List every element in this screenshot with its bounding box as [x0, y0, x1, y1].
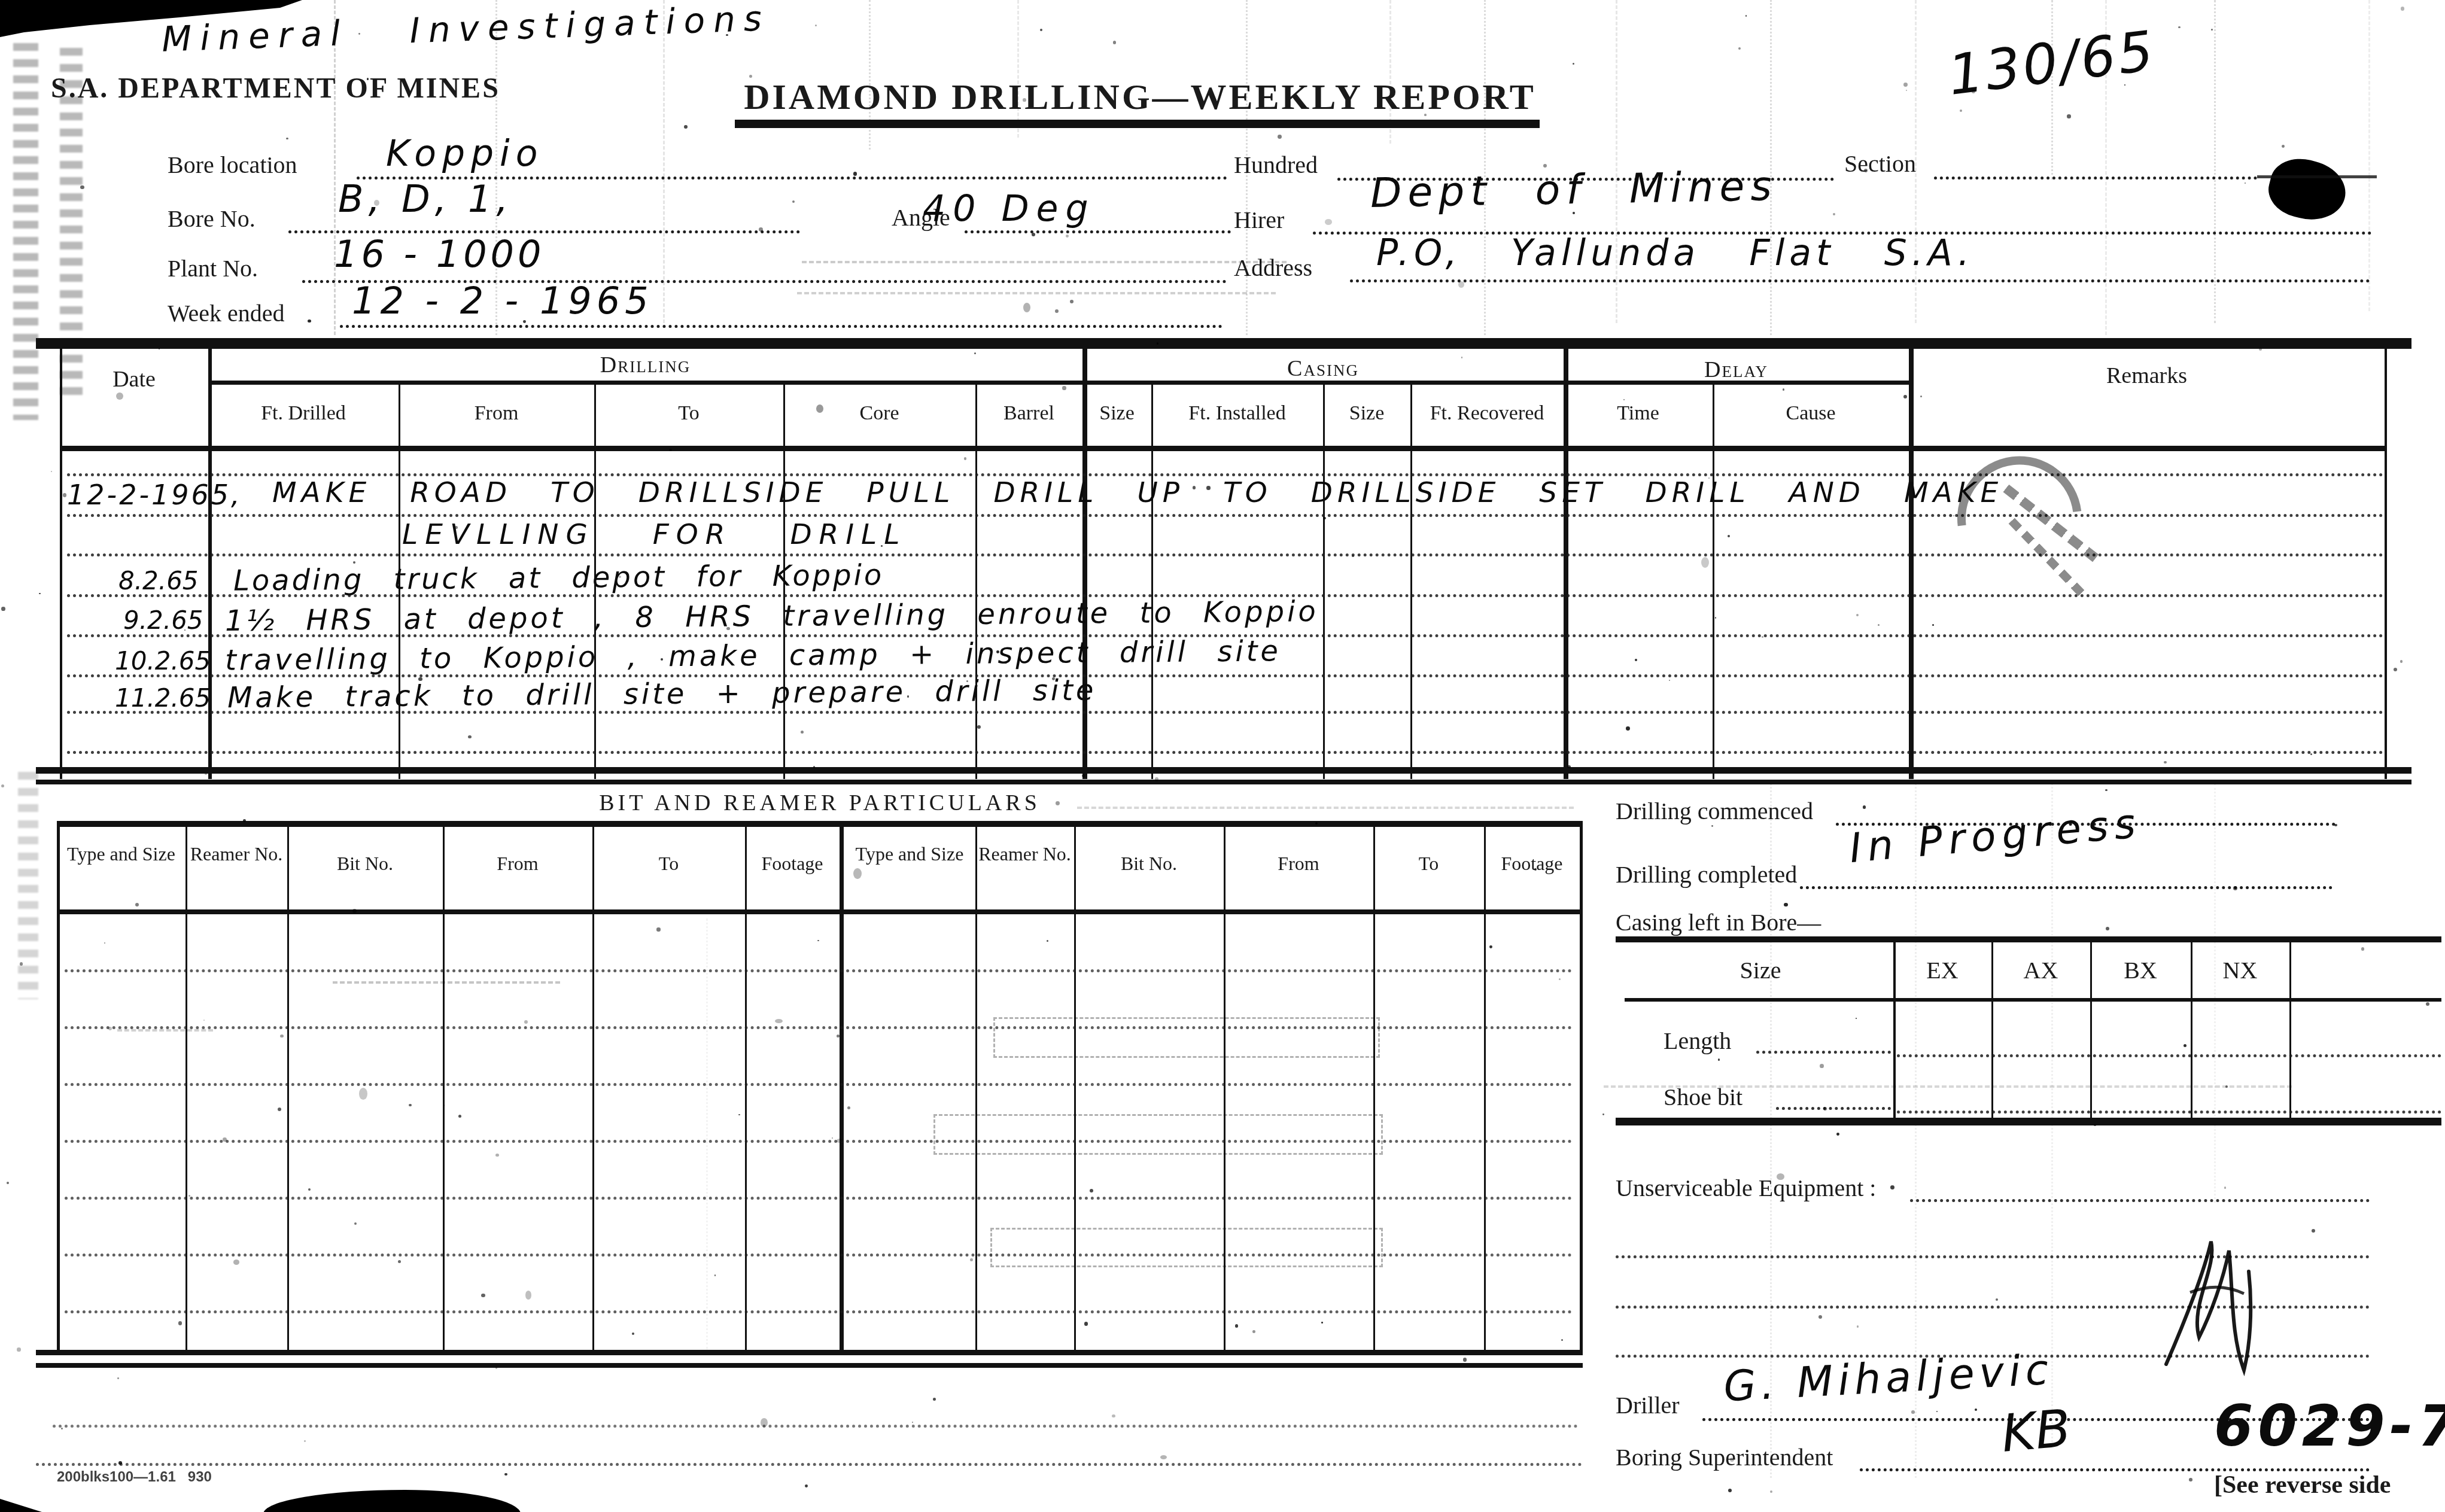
log-row-entry: LEVLLING FOR DRILL	[402, 518, 907, 551]
bore-no-value: B, D, 1,	[338, 177, 513, 221]
log-row-date: 8.2.65	[118, 566, 199, 595]
week-ended-value: 12 - 2 - 1965	[352, 279, 653, 323]
bore-location-value: Koppio	[386, 133, 543, 175]
printer-imprint: 200blks100—1.61 930	[57, 1469, 212, 1486]
bit-col-line	[975, 827, 977, 1351]
boring-superintendent-label: Boring Superintendent	[1616, 1443, 1833, 1471]
bit-col-line	[287, 827, 289, 1351]
bit-col-line	[745, 827, 747, 1351]
bit-table-bottom-rule	[36, 1363, 1583, 1368]
log-table-top-rule	[36, 338, 2411, 349]
log-col-line	[2385, 349, 2387, 779]
bleed-smudge	[333, 968, 560, 984]
bit-col-line	[1224, 827, 1225, 1351]
log-col-line	[60, 349, 62, 779]
bit-col-line	[185, 827, 187, 1351]
bleed-smudge	[990, 1228, 1383, 1267]
section-line	[1934, 150, 2257, 180]
hirer-label: Hirer	[1234, 206, 1284, 234]
hundred-label: Hundred	[1234, 151, 1318, 179]
bit-col-from: From	[1224, 853, 1373, 875]
plant-no-label: Plant No.	[168, 254, 258, 282]
bleed-through-text-strip	[13, 43, 38, 420]
section-line-solid	[2257, 175, 2377, 178]
log-row-date: 10.2.65	[115, 646, 211, 676]
form-title: DIAMOND DRILLING—WEEKLY REPORT	[733, 77, 1547, 118]
shoe-bit-row-line	[1897, 1085, 2441, 1114]
log-col-date: Date	[60, 366, 208, 393]
bleed-smudge	[797, 276, 1276, 294]
ruled-line	[65, 1283, 1573, 1313]
bit-col-line	[840, 827, 844, 1351]
title-underline	[735, 120, 1540, 128]
scan-edge-wedge	[0, 1483, 42, 1512]
bore-location-label: Bore location	[168, 151, 297, 179]
bit-col-from: From	[443, 853, 592, 875]
log-col-cause: Cause	[1713, 402, 1909, 425]
superintendent-initials: KB	[1999, 1398, 2073, 1464]
log-row-date: 11.2.65	[115, 683, 211, 713]
bit-col-reamer-no: Reamer No.	[185, 842, 287, 865]
ruled-line	[67, 724, 2385, 754]
log-col-to: To	[594, 402, 783, 425]
bit-col-line	[1580, 827, 1583, 1351]
log-group-underline	[208, 381, 1909, 385]
log-group-delay: Delay	[1564, 357, 1909, 383]
casing-left-label: Casing left in Bore—	[1616, 908, 1821, 936]
bit-col-to: To	[592, 853, 745, 875]
length-label-dots	[1756, 1027, 1891, 1054]
shoe-bit-label-dots	[1776, 1083, 1891, 1110]
bleed-smudge	[1077, 793, 1574, 809]
log-col-core: Core	[783, 402, 975, 425]
log-row-entry: Loading truck at depot for Koppio	[233, 558, 884, 597]
scan-edge-blob	[263, 1490, 521, 1512]
ruled-line	[36, 1436, 1583, 1466]
see-reverse-note: [See reverse side	[2214, 1471, 2391, 1499]
section-label: Section	[1844, 150, 1916, 178]
log-table-bottom-rule	[36, 767, 2411, 774]
address-value: P.O, Yallunda Flat S.A.	[1376, 232, 1974, 274]
casing-size-ax: AX	[1991, 956, 2090, 984]
bit-col-type-size: Type and Size	[57, 842, 185, 865]
ruled-line	[53, 1398, 1579, 1428]
plant-no-value: 16 - 1000	[334, 232, 545, 276]
length-row-line	[1897, 1029, 2441, 1057]
log-table-bottom-rule	[36, 780, 2411, 784]
log-group-drilling: Drilling	[208, 352, 1082, 378]
bit-col-bit-no: Bit No.	[1074, 853, 1224, 875]
bore-no-label: Bore No.	[168, 205, 256, 233]
bit-col-footage: Footage	[745, 853, 840, 875]
file-number: 6029-77	[2214, 1394, 2445, 1459]
log-col-remarks: Remarks	[1909, 363, 2385, 389]
log-col-casing-size: Size	[1082, 402, 1151, 425]
casing-size-bx: BX	[2090, 956, 2191, 984]
bleed-smudge	[993, 1017, 1380, 1058]
ruled-line	[65, 1056, 1573, 1086]
log-row-date: 9.2.65	[123, 606, 203, 635]
bleed-smudge	[933, 1114, 1383, 1155]
ruled-line	[65, 942, 1573, 972]
log-col-from: From	[399, 402, 594, 425]
log-group-casing: Casing	[1082, 355, 1564, 382]
bit-col-reamer-no: Reamer No.	[975, 842, 1074, 865]
log-col-ft-installed: Ft. Installed	[1151, 402, 1323, 425]
drilling-commenced-label: Drilling commenced	[1616, 797, 1813, 825]
bit-col-to: To	[1373, 853, 1484, 875]
casing-size-ex: EX	[1893, 956, 1991, 984]
bit-subheader-rule	[57, 909, 1583, 914]
unserviceable-line	[1910, 1174, 2370, 1202]
length-label: Length	[1664, 1027, 1731, 1055]
log-col-ft-recovered: Ft. Recovered	[1410, 402, 1564, 425]
casing-header-rule	[1625, 998, 2441, 1002]
driller-label: Driller	[1616, 1391, 1680, 1419]
bit-table-bottom-rule	[36, 1350, 1583, 1355]
bleed-line	[2214, 784, 2216, 1203]
log-row-date: 12-2-1965,	[67, 479, 242, 511]
log-row-entry: MAKE ROAD TO DRILLSIDE PULL DRILL UP TO …	[272, 476, 2003, 509]
angle-value: 40 Deg	[923, 188, 1096, 230]
drilling-completed-label: Drilling completed	[1616, 860, 1797, 889]
pen-scribble	[2154, 1215, 2292, 1394]
bleed-through-text-strip	[18, 772, 38, 999]
ruled-line	[65, 1170, 1573, 1200]
log-col-ft-drilled: Ft. Drilled	[208, 402, 399, 425]
bit-col-type-size: Type and Size	[844, 842, 975, 865]
bit-col-line	[57, 827, 60, 1351]
bit-col-line	[1484, 827, 1486, 1351]
bit-col-line	[592, 827, 594, 1351]
log-col-time: Time	[1564, 402, 1713, 425]
bit-col-line	[443, 827, 445, 1351]
shoe-bit-label: Shoe bit	[1664, 1083, 1742, 1111]
unserviceable-label: Unserviceable Equipment :	[1616, 1174, 1876, 1202]
bit-col-line	[1074, 827, 1076, 1351]
department-name: S.A. DEPARTMENT OF MINES	[51, 72, 500, 105]
bit-col-bit-no: Bit No.	[287, 853, 443, 875]
scanned-weekly-report: Mineral Investigations S.A. DEPARTMENT O…	[0, 0, 2445, 1512]
casing-size-label: Size	[1628, 956, 1893, 984]
bit-col-line	[1373, 827, 1375, 1351]
bit-col-footage: Footage	[1484, 853, 1580, 875]
bleed-smudge	[117, 1017, 213, 1032]
week-ended-label: Week ended	[168, 299, 285, 327]
file-reference-number: 130/65	[1945, 19, 2159, 108]
casing-size-nx: NX	[2191, 956, 2289, 984]
casing-table-bottom-rule	[1616, 1118, 2441, 1125]
bleed-smudge	[802, 245, 1287, 263]
casing-table-top-rule	[1616, 936, 2441, 942]
log-col-barrel: Barrel	[975, 402, 1082, 425]
hirer-value: Dept of Mines	[1370, 163, 1778, 217]
bit-table-top-rule	[57, 821, 1583, 827]
log-col-casing-size2: Size	[1323, 402, 1410, 425]
